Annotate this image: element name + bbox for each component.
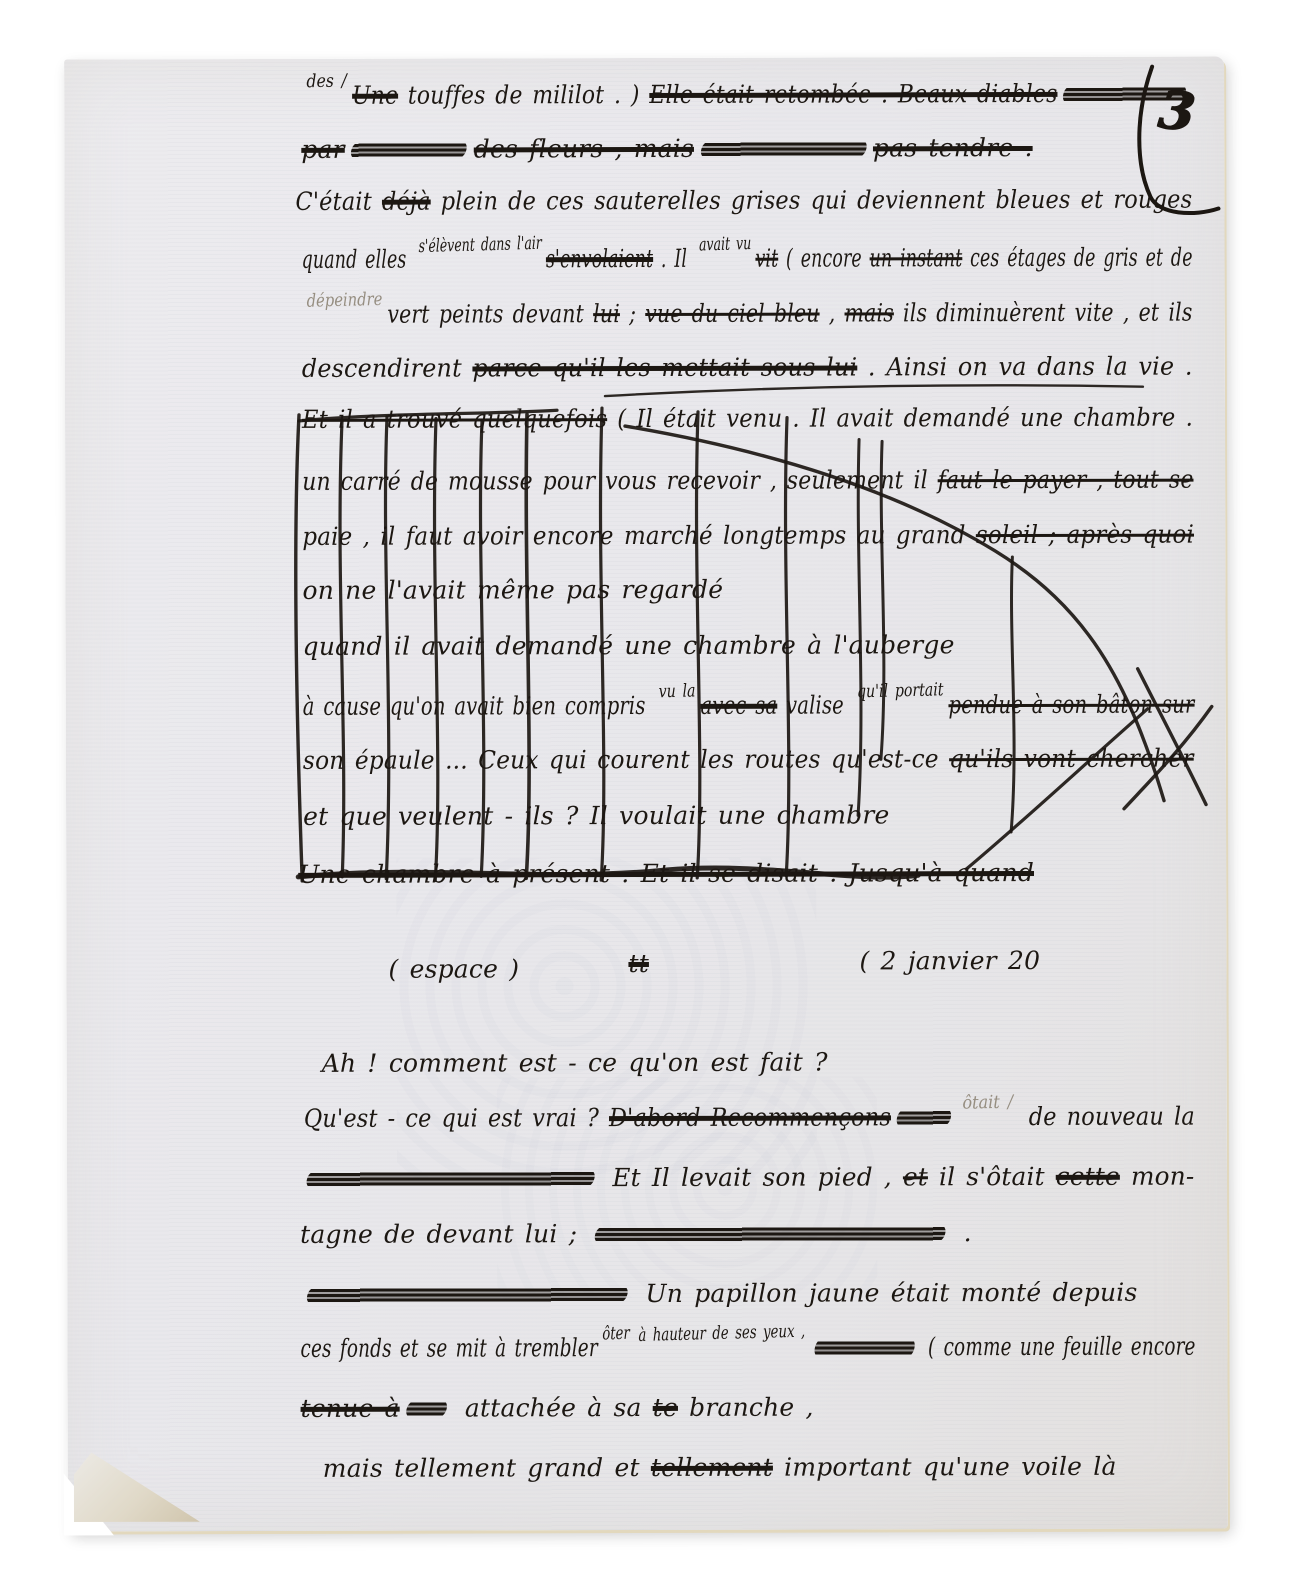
line-05: dépeindrevert peints devant lui ; vue du… [302,298,1193,329]
text-segment: s'envolaient [546,244,653,273]
scribble-blot [305,1285,630,1305]
text-segment: Ah ! comment est - ce qu'on est fait ? [322,1048,828,1078]
scribble-blot [699,139,869,158]
line-21: ces fonds et se mit à tremblerôterà haut… [300,1332,1195,1363]
scribble-blot [305,1169,597,1189]
text-segment: vert peints devant [387,299,593,329]
page-number-block: 3 [1082,58,1232,233]
text-segment: Un papillon jaune était monté depuis [634,1278,1137,1308]
text-segment: Une chambre à présent . Et il se disait … [298,858,1034,889]
line-18: Et Il levait son pied , et il s'ôtait ce… [300,1162,1195,1193]
text-segment: cette [1056,1162,1120,1191]
text-segment: des fleurs , mais [474,134,694,164]
text-segment: . [952,1218,971,1247]
scribble-blot [404,1400,449,1419]
text-segment: vu la [659,680,696,702]
text-segment: par [301,135,345,164]
text-segment: s'élèvent dans l'air [418,233,542,257]
text-segment: mon- [1120,1162,1195,1191]
text-segment: ; [620,299,645,328]
line-22: tenue à attachée à sa te branche , [301,1393,814,1423]
text-segment: de nouveau la [1019,1102,1195,1131]
text-segment: un instant [870,243,963,272]
text-segment: , [820,298,845,327]
line-14: et que veulent - ils ? Il voulait une ch… [303,800,890,831]
text-segment: quand elles [302,245,415,274]
text-segment: à hauteur de ses yeux , [638,1321,805,1346]
text-segment: à cause qu'on avait bien compris [303,691,655,721]
text-segment: Et il a trouvé quelquefois [302,404,607,434]
text-segment: un carré de mousse pour vous recevoir , … [302,465,938,496]
text-segment: ( encore [778,243,869,272]
page-number-bracket [1082,58,1232,233]
text-segment: déjà [382,187,431,216]
line-23: mais tellement grand et tellement import… [323,1452,1117,1483]
text-segment: pendue à son bâton sur [948,690,1194,720]
text-segment: valise [777,690,852,719]
text-segment: et [903,1162,928,1191]
text-segment: tt [628,949,649,978]
text-segment: parce qu'il les mettait sous lui [472,352,857,382]
text-segment: des / [306,70,347,92]
text-segment: et que veulent - ils ? Il voulait une ch… [303,800,890,831]
date-note: ( 2 janvier 20 [859,946,1040,975]
text-segment: branche , [678,1393,814,1422]
line-16: Ah ! comment est - ce qu'on est fait ? [322,1048,828,1078]
scribble-blot [349,140,469,159]
space-note: ( espace ) [388,954,519,983]
handwritten-text-block: des /Une touffes de mililot . ) Elle éta… [64,56,1224,59]
text-segment: mais [844,298,893,327]
text-segment: ces étages de gris et de [962,243,1192,273]
text-segment: Elle était retombée . Beaux diables [649,79,1057,109]
line-03: C'était déjà plein de ces sauterelles gr… [295,185,1192,216]
text-segment: ( espace ) [388,954,519,983]
text-segment: te [653,1393,678,1422]
text-segment: son épaule ... Ceux qui courent les rout… [303,744,949,775]
text-segment: avait vu [699,233,752,255]
text-segment: on ne l'avait même pas regardé [302,575,723,605]
text-segment: soleil ; après quoi [976,520,1194,550]
line-15: Une chambre à présent . Et il se disait … [298,858,1034,889]
line-09: paie , il faut avoir encore marché longt… [302,520,1194,551]
text-segment: . Ainsi on va dans la vie . [857,352,1192,382]
text-segment: Qu'est - ce qui est vrai ? [304,1103,609,1133]
text-segment: quand il avait demandé une chambre à l'a… [303,630,955,661]
deletion-strokes-overlay [64,56,1228,1531]
text-segment: mais tellement grand et [323,1453,651,1483]
text-segment: descendirent [302,353,473,382]
line-20: Un papillon jaune était monté depuis [300,1278,1137,1309]
text-segment: qu'il portait [857,679,944,702]
manuscript-paper-sheet: des /Une touffes de mililot . ) Elle éta… [64,56,1228,1531]
scribble-blot [593,1224,948,1244]
text-segment: ôtait / [962,1092,1013,1114]
text-segment: touffes de mililot . ) [398,80,649,110]
text-segment: plein de ces sauterelles grises qui devi… [431,185,1193,216]
line-06: descendirent parce qu'il les mettait sou… [302,352,1193,383]
text-segment: D'abord Recommençons [609,1102,891,1132]
text-segment: ( 2 janvier 20 [859,946,1040,975]
line-10: on ne l'avait même pas regardé [302,575,723,605]
scribble-blot [813,1338,916,1357]
text-segment: faut le payer , tout se [938,465,1194,495]
text-segment: ils diminuèrent vite , et ils [894,298,1193,328]
text-segment: tellement [651,1453,773,1482]
text-segment: tenue à [301,1394,400,1423]
line-08: un carré de mousse pour vous recevoir , … [302,465,1193,496]
line-04: quand elles s'élèvent dans l'airs'envola… [302,243,1193,274]
text-segment: dépeindre [306,289,382,312]
page-number: 3 [1155,79,1197,143]
crossed-mark: tt [628,949,649,978]
line-01: des /Une touffes de mililot . ) Elle éta… [301,79,1192,110]
text-segment: il s'ôtait [928,1162,1056,1191]
line-02: pardes fleurs , maispas tendre . [301,133,1032,164]
line-11: quand il avait demandé une chambre à l'a… [303,630,955,661]
line-19: tagne de devant lui ; . [300,1218,972,1249]
line-17: Qu'est - ce qui est vrai ? D'abord Recom… [304,1102,1195,1133]
text-segment: ( Il était venu . Il avait demandé une c… [607,403,1193,434]
text-segment: . Il [653,244,695,273]
text-segment: attachée à sa [454,1393,653,1423]
text-segment: avec sa [700,691,777,720]
line-13: son épaule ... Ceux qui courent les rout… [303,744,1194,775]
text-segment: paie , il faut avoir encore marché longt… [302,520,976,551]
folded-corner-flap [74,1452,200,1526]
text-segment: ( comme une feuille encore [920,1332,1196,1362]
text-segment: Et Il levait son pied , [601,1162,903,1192]
line-12: à cause qu'on avait bien compris vu laav… [303,690,1195,721]
text-segment: ôter [602,1323,630,1345]
text-segment: C'était [295,187,382,216]
text-segment: vue du ciel bleu [645,299,819,328]
text-segment: ces fonds et se mit à trembler [300,1333,597,1363]
text-segment: tagne de devant lui ; [300,1219,588,1249]
text-segment: lui [593,299,620,328]
line-07: Et il a trouvé quelquefois ( Il était ve… [302,403,1193,434]
text-segment: vit [755,244,778,273]
text-segment: important qu'une voile là [773,1452,1117,1482]
text-segment: pas tendre . [873,133,1033,162]
scanned-manuscript-photo: { "page": { "number": "3", "description"… [0,0,1290,1590]
text-segment: qu'ils vont chercher [949,744,1194,774]
scribble-blot [895,1108,953,1127]
text-segment: Une [352,81,398,110]
